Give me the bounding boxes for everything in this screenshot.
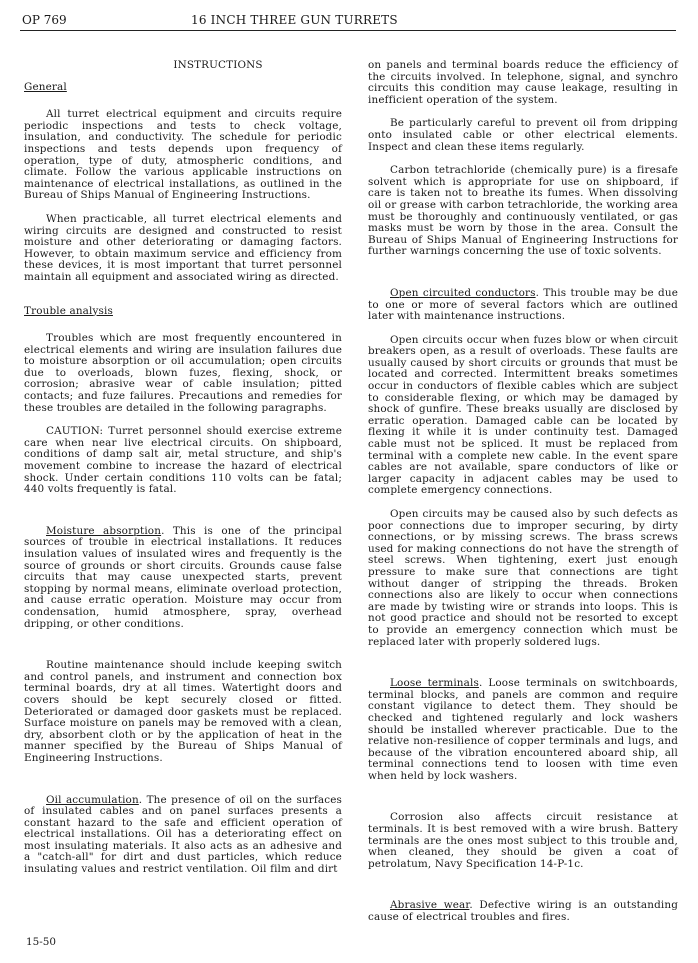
run-in-heading-abrasive: Abrasive wear — [390, 899, 469, 911]
paragraph-corrosion: Corrosion also affects circuit resistanc… — [368, 812, 678, 870]
page-header: OP 769 16 INCH THREE GUN TURRETS — [20, 10, 676, 31]
paragraph-routine: Routine maintenance should include keepi… — [24, 660, 342, 764]
paragraph-oil-text: . The presence of oil on the surfaces of… — [24, 794, 342, 876]
paragraph-open-2: Open circuits occur when fuzes blow or w… — [368, 335, 678, 497]
paragraph-loose: Loose terminals. Loose terminals on swit… — [368, 678, 678, 782]
paragraph-continued: on panels and terminal boards reduce the… — [368, 60, 678, 106]
paragraph-loose-text: . Loose terminals on switchboards, termi… — [368, 677, 678, 782]
paragraph-general-2: When practicable, all turret electrical … — [24, 214, 342, 284]
section-title: INSTRUCTIONS — [24, 60, 342, 72]
heading-trouble-analysis: Trouble analysis — [24, 306, 342, 318]
heading-general: General — [24, 82, 342, 94]
paragraph-careful: Be particularly careful to prevent oil f… — [368, 118, 678, 153]
paragraph-oil: Oil accumulation. The presence of oil on… — [24, 795, 342, 876]
document-code: OP 769 — [22, 13, 67, 27]
run-in-heading-moisture: Moisture absorption — [46, 525, 161, 537]
paragraph-open-3: Open circuits may be caused also by such… — [368, 509, 678, 648]
paragraph-moisture: Moisture absorption. This is one of the … — [24, 526, 342, 630]
paragraph-general-1: All turret electrical equipment and circ… — [24, 109, 342, 202]
run-in-heading-oil: Oil accumulation — [46, 794, 139, 806]
run-in-heading-open: Open circuited conductors — [390, 287, 536, 299]
document-title: 16 INCH THREE GUN TURRETS — [191, 13, 398, 27]
paragraph-abrasive: Abrasive wear. Defective wiring is an ou… — [368, 900, 678, 923]
run-in-heading-loose: Loose terminals — [390, 677, 479, 689]
paragraph-open-circuited: Open circuited conductors. This trouble … — [368, 288, 678, 323]
left-column: INSTRUCTIONS General All turret electric… — [24, 60, 342, 876]
paragraph-trouble-1: Troubles which are most frequently encou… — [24, 333, 342, 414]
paragraph-caution: CAUTION: Turret personnel should exercis… — [24, 426, 342, 496]
paragraph-carbon: Carbon tetrachloride (chemically pure) i… — [368, 165, 678, 258]
right-column: on panels and terminal boards reduce the… — [368, 60, 678, 924]
page-number: 15-50 — [26, 936, 56, 948]
paragraph-moisture-text: . This is one of the principal sources o… — [24, 525, 342, 630]
